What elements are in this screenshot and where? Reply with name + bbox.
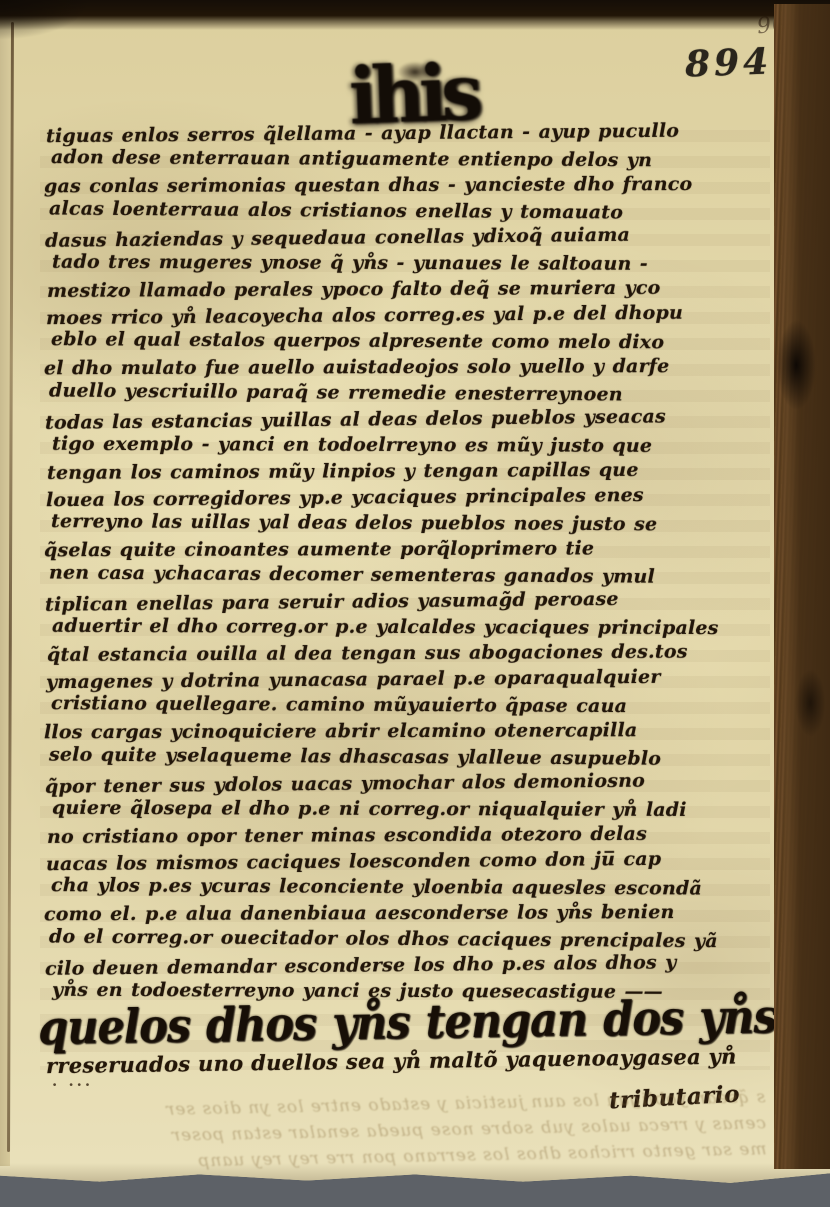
catchword: tributario bbox=[608, 1081, 740, 1115]
manuscript-line: eblo el qual estalos querpos alpresente … bbox=[51, 326, 779, 356]
manuscript-text-block: tiguas enlos serros q̃lellama - ayap lla… bbox=[44, 120, 779, 1004]
bottom-edge-shadow bbox=[0, 1163, 830, 1189]
manuscript-line: cristiano quellegare. camino mũyauierto … bbox=[51, 690, 779, 720]
book-fore-edge bbox=[774, 4, 830, 1169]
manuscript-line: cha ylos p.es ycuras leconciente yloenbi… bbox=[51, 872, 779, 902]
photo-background: 908 894 ihis tiguas enlos serros q̃lella… bbox=[0, 0, 830, 1207]
manuscript-line: terreyno las uillas yal deas delos puebl… bbox=[51, 508, 779, 538]
bleedthrough-line: cenas y rreca ualos yub sobre nose pueda… bbox=[36, 1110, 766, 1151]
manuscript-line: tigo exemplo - yanci en todoelrreyno es … bbox=[52, 431, 779, 460]
marginal-dots: · ··· bbox=[52, 1076, 93, 1094]
manuscript-line: aduertir el dho correg.or p.e yalcaldes … bbox=[52, 613, 779, 642]
manuscript-line: el dho mulato fue auello auistadeojos so… bbox=[44, 353, 779, 382]
manuscript-line: tado tres mugeres ynose q̃ yn̊s - yunaue… bbox=[52, 249, 779, 278]
manuscript-line: gas conlas serimonias questan dhas - yan… bbox=[44, 171, 779, 200]
manuscript-line: quiere q̃losepa el dho p.e ni correg.or … bbox=[52, 795, 779, 824]
manuscript-line: q̃selas quite cinoantes aumente porq̃lop… bbox=[44, 535, 779, 564]
manuscript-line: como el. p.e alua danenbiaua aesconderse… bbox=[44, 899, 779, 928]
manuscript-line: llos cargas ycinoquiciere abrir elcamino… bbox=[44, 717, 779, 746]
folio-number-ink: 894 bbox=[684, 40, 773, 85]
binding-top-edge bbox=[0, 0, 830, 30]
manuscript-line: adon dese enterrauan antiguamente entien… bbox=[51, 144, 779, 174]
manuscript-page: 908 894 ihis tiguas enlos serros q̃lella… bbox=[0, 0, 830, 1207]
